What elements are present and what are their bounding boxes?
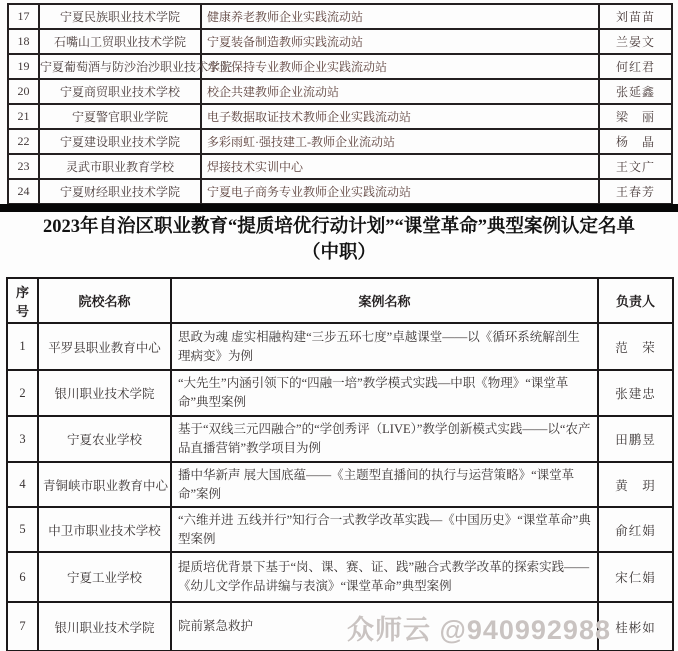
cell-row-number: 23: [8, 154, 39, 179]
watermark-text: 众师云 @940992988: [347, 608, 677, 647]
cell-person-name: 张延鑫: [599, 79, 672, 104]
cell-school-name: 宁夏农业学校: [38, 416, 171, 462]
cell-person-name: 张建忠: [598, 370, 673, 416]
cell-person-name: 兰晏文: [599, 29, 672, 54]
cell-row-number: 19: [8, 54, 39, 79]
cell-station-name: 健康养老教师企业实践流动站: [201, 4, 599, 29]
table-row: 20 宁夏商贸职业技术学校 校企共建教师企业流动站 张延鑫: [8, 79, 672, 104]
page-divider-bar: [0, 204, 678, 212]
cell-person-name: 宋仁娟: [598, 552, 673, 602]
header-case-name: 案例名称: [171, 278, 598, 323]
header-school-name: 院校名称: [38, 278, 171, 323]
cell-row-number: 4: [7, 462, 38, 507]
cell-school-name: 宁夏商贸职业技术学校: [39, 79, 201, 104]
cell-school-name: 灵武市职业教育学校: [39, 154, 201, 179]
table-row: 4 青铜峡市职业教育中心 播中华新声 展大国底蕴——《主题型直播间的执行与运营策…: [7, 462, 673, 507]
cell-station-name: 多彩雨虹·强技建工-教师企业流动站: [201, 129, 599, 154]
table-row: 2 银川职业技术学院 “大先生”内涵引领下的“四融一培”教学模式实践—中职《物理…: [7, 370, 673, 416]
cell-person-name: 杨 晶: [599, 129, 672, 154]
station-list-table: 17 宁夏民族职业技术学院 健康养老教师企业实践流动站 刘苗苗 18 石嘴山工贸…: [7, 3, 673, 205]
cell-station-name: 电子数据取证技术教师企业实践流动站: [201, 104, 599, 129]
cell-school-name: 宁夏民族职业技术学院: [39, 4, 201, 29]
cell-school-name: 平罗县职业教育中心: [38, 323, 171, 370]
table-row: 23 灵武市职业教育学校 焊接技术实训中心 王文广: [8, 154, 672, 179]
table-header-row: 序号 院校名称 案例名称 负责人: [7, 278, 673, 323]
cell-person-name: 俞红娟: [598, 507, 673, 552]
table-row: 22 宁夏建设职业技术学院 多彩雨虹·强技建工-教师企业流动站 杨 晶: [8, 129, 672, 154]
cell-station-name: 宁夏电子商务专业教师企业实践流动站: [201, 179, 599, 204]
cell-school-name: 宁夏财经职业技术学院: [39, 179, 201, 204]
cell-row-number: 17: [8, 4, 39, 29]
section-title-line1: 2023年自治区职业教育“提质培优行动计划”“课堂革命”典型案例认定名单: [0, 214, 678, 240]
section-title-line2: （中职）: [0, 240, 678, 266]
cell-row-number: 6: [7, 552, 38, 602]
cell-school-name: 宁夏建设职业技术学院: [39, 129, 201, 154]
cell-school-name: 石嘴山工贸职业技术学院: [39, 29, 201, 54]
cell-person-name: 梁 丽: [599, 104, 672, 129]
table-row: 24 宁夏财经职业技术学院 宁夏电子商务专业教师企业实践流动站 王春芳: [8, 179, 672, 204]
cell-person-name: 王文广: [599, 154, 672, 179]
cell-school-name: 宁夏葡萄酒与防沙治沙职业技术学院: [39, 54, 201, 79]
table-row: 1 平罗县职业教育中心 思政为魂 虚实相融构建“三步五环七度”卓越课堂——以《循…: [7, 323, 673, 370]
cell-row-number: 24: [8, 179, 39, 204]
table-row: 21 宁夏警官职业学院 电子数据取证技术教师企业实践流动站 梁 丽: [8, 104, 672, 129]
table-row: 19 宁夏葡萄酒与防沙治沙职业技术学院 水土保持专业教师企业实践流动站 何红君: [8, 54, 672, 79]
cell-school-name: 青铜峡市职业教育中心: [38, 462, 171, 507]
cell-row-number: 2: [7, 370, 38, 416]
cell-school-name: 宁夏警官职业学院: [39, 104, 201, 129]
cell-row-number: 5: [7, 507, 38, 552]
cell-person-name: 王春芳: [599, 179, 672, 204]
cell-row-number: 20: [8, 79, 39, 104]
cell-school-name: 银川职业技术学院: [38, 602, 171, 651]
cell-case-name: “六维并进 五线并行”知行合一式教学改革实践—《中国历史》“课堂革命”典型案例: [171, 507, 598, 552]
header-row-number: 序号: [7, 278, 38, 323]
table-row: 5 中卫市职业技术学校 “六维并进 五线并行”知行合一式教学改革实践—《中国历史…: [7, 507, 673, 552]
cell-person-name: 黄 玥: [598, 462, 673, 507]
cell-row-number: 21: [8, 104, 39, 129]
cell-case-name: “大先生”内涵引领下的“四融一培”教学模式实践—中职《物理》“课堂革命”典型案例: [171, 370, 598, 416]
cell-case-name: 思政为魂 虚实相融构建“三步五环七度”卓越课堂——以《循环系统解剖生理病变》为例: [171, 323, 598, 370]
cell-case-name: 播中华新声 展大国底蕴——《主题型直播间的执行与运营策略》“课堂革命”案例: [171, 462, 598, 507]
table-row: 6 宁夏工业学校 提质培优背景下基于“岗、课、赛、证、践”融合式教学改革的探索实…: [7, 552, 673, 602]
cell-case-name: 基于“双线三元四融合”的“学创秀评（LIVE）”教学创新模式实践——以“农产品直…: [171, 416, 598, 462]
table-row: 3 宁夏农业学校 基于“双线三元四融合”的“学创秀评（LIVE）”教学创新模式实…: [7, 416, 673, 462]
cell-station-name: 宁夏装备制造教师实践流动站: [201, 29, 599, 54]
cell-school-name: 宁夏工业学校: [38, 552, 171, 602]
cell-school-name: 银川职业技术学院: [38, 370, 171, 416]
cell-person-name: 范 荣: [598, 323, 673, 370]
case-list-table: 序号 院校名称 案例名称 负责人 1 平罗县职业教育中心 思政为魂 虚实相融构建…: [6, 277, 674, 651]
cell-person-name: 何红君: [599, 54, 672, 79]
cell-person-name: 田鹏昱: [598, 416, 673, 462]
cell-station-name: 水土保持专业教师企业实践流动站: [201, 54, 599, 79]
cell-station-name: 校企共建教师企业流动站: [201, 79, 599, 104]
cell-station-name: 焊接技术实训中心: [201, 154, 599, 179]
cell-row-number: 1: [7, 323, 38, 370]
table-row: 18 石嘴山工贸职业技术学院 宁夏装备制造教师实践流动站 兰晏文: [8, 29, 672, 54]
cell-row-number: 18: [8, 29, 39, 54]
header-person-name: 负责人: [598, 278, 673, 323]
cell-school-name: 中卫市职业技术学校: [38, 507, 171, 552]
scanned-document-page: 17 宁夏民族职业技术学院 健康养老教师企业实践流动站 刘苗苗 18 石嘴山工贸…: [0, 0, 678, 651]
table-row: 17 宁夏民族职业技术学院 健康养老教师企业实践流动站 刘苗苗: [8, 4, 672, 29]
cell-row-number: 3: [7, 416, 38, 462]
section-title: 2023年自治区职业教育“提质培优行动计划”“课堂革命”典型案例认定名单 （中职…: [0, 214, 678, 266]
cell-row-number: 7: [7, 602, 38, 651]
cell-row-number: 22: [8, 129, 39, 154]
cell-case-name: 提质培优背景下基于“岗、课、赛、证、践”融合式教学改革的探索实践——《幼儿文学作…: [171, 552, 598, 602]
cell-person-name: 刘苗苗: [599, 4, 672, 29]
